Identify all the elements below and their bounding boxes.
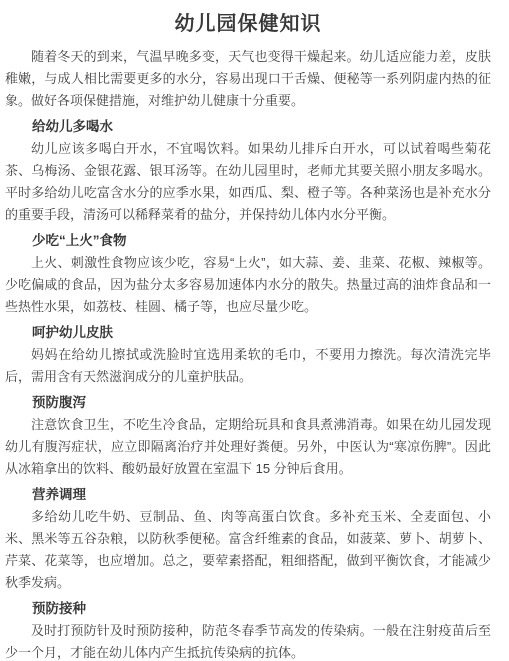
intro-paragraph: 随着冬天的到来，气温早晚多变，天气也变得干燥起来。幼儿适应能力差，皮肤稚嫩，与成… (5, 46, 491, 112)
section-heading: 预防腹泻 (5, 392, 491, 414)
section-heading: 预防接种 (5, 598, 491, 620)
section-avoid-heaty-food: 少吃“上火”食物 上火、刺激性食物应该少吃，容易“上火”，如大蒜、姜、韭菜、花椒… (5, 230, 491, 318)
section-paragraph: 注意饮食卫生，不吃生冷食品，定期给玩具和食具煮沸消毒。如果在幼儿园发现幼儿有腹泻… (5, 414, 491, 480)
section-heading: 少吃“上火”食物 (5, 230, 491, 252)
section-nutrition: 营养调理 多给幼儿吃牛奶、豆制品、鱼、肉等高蛋白饮食。多补充玉米、全麦面包、小米… (5, 484, 491, 594)
section-paragraph: 多给幼儿吃牛奶、豆制品、鱼、肉等高蛋白饮食。多补充玉米、全麦面包、小米、黑米等五… (5, 506, 491, 594)
section-paragraph: 幼儿应该多喝白开水，不宜喝饮料。如果幼儿排斥白开水，可以试着喝些菊花茶、乌梅汤、… (5, 138, 491, 226)
section-paragraph: 及时打预防针及时预防接种，防范冬春季节高发的传染病。一般在注射疫苗后至少一个月，… (5, 620, 491, 661)
section-heading: 给幼儿多喝水 (5, 116, 491, 138)
section-vaccination: 预防接种 及时打预防针及时预防接种，防范冬春季节高发的传染病。一般在注射疫苗后至… (5, 598, 491, 661)
section-drink-water: 给幼儿多喝水 幼儿应该多喝白开水，不宜喝饮料。如果幼儿排斥白开水，可以试着喝些菊… (5, 116, 491, 226)
section-heading: 营养调理 (5, 484, 491, 506)
section-heading: 呵护幼儿皮肤 (5, 322, 491, 344)
section-prevent-diarrhea: 预防腹泻 注意饮食卫生，不吃生冷食品，定期给玩具和食具煮沸消毒。如果在幼儿园发现… (5, 392, 491, 480)
section-skin-care: 呵护幼儿皮肤 妈妈在给幼儿擦拭或洗脸时宜选用柔软的毛巾，不要用力擦洗。每次清洗完… (5, 322, 491, 388)
section-paragraph: 妈妈在给幼儿擦拭或洗脸时宜选用柔软的毛巾，不要用力擦洗。每次清洗完毕后，需用含有… (5, 344, 491, 388)
page-title: 幼儿园保健知识 (5, 7, 491, 36)
section-paragraph: 上火、刺激性食物应该少吃，容易“上火”，如大蒜、姜、韭菜、花椒、辣椒等。少吃偏咸… (5, 252, 491, 318)
document-page: 幼儿园保健知识 随着冬天的到来，气温早晚多变，天气也变得干燥起来。幼儿适应能力差… (0, 0, 509, 661)
